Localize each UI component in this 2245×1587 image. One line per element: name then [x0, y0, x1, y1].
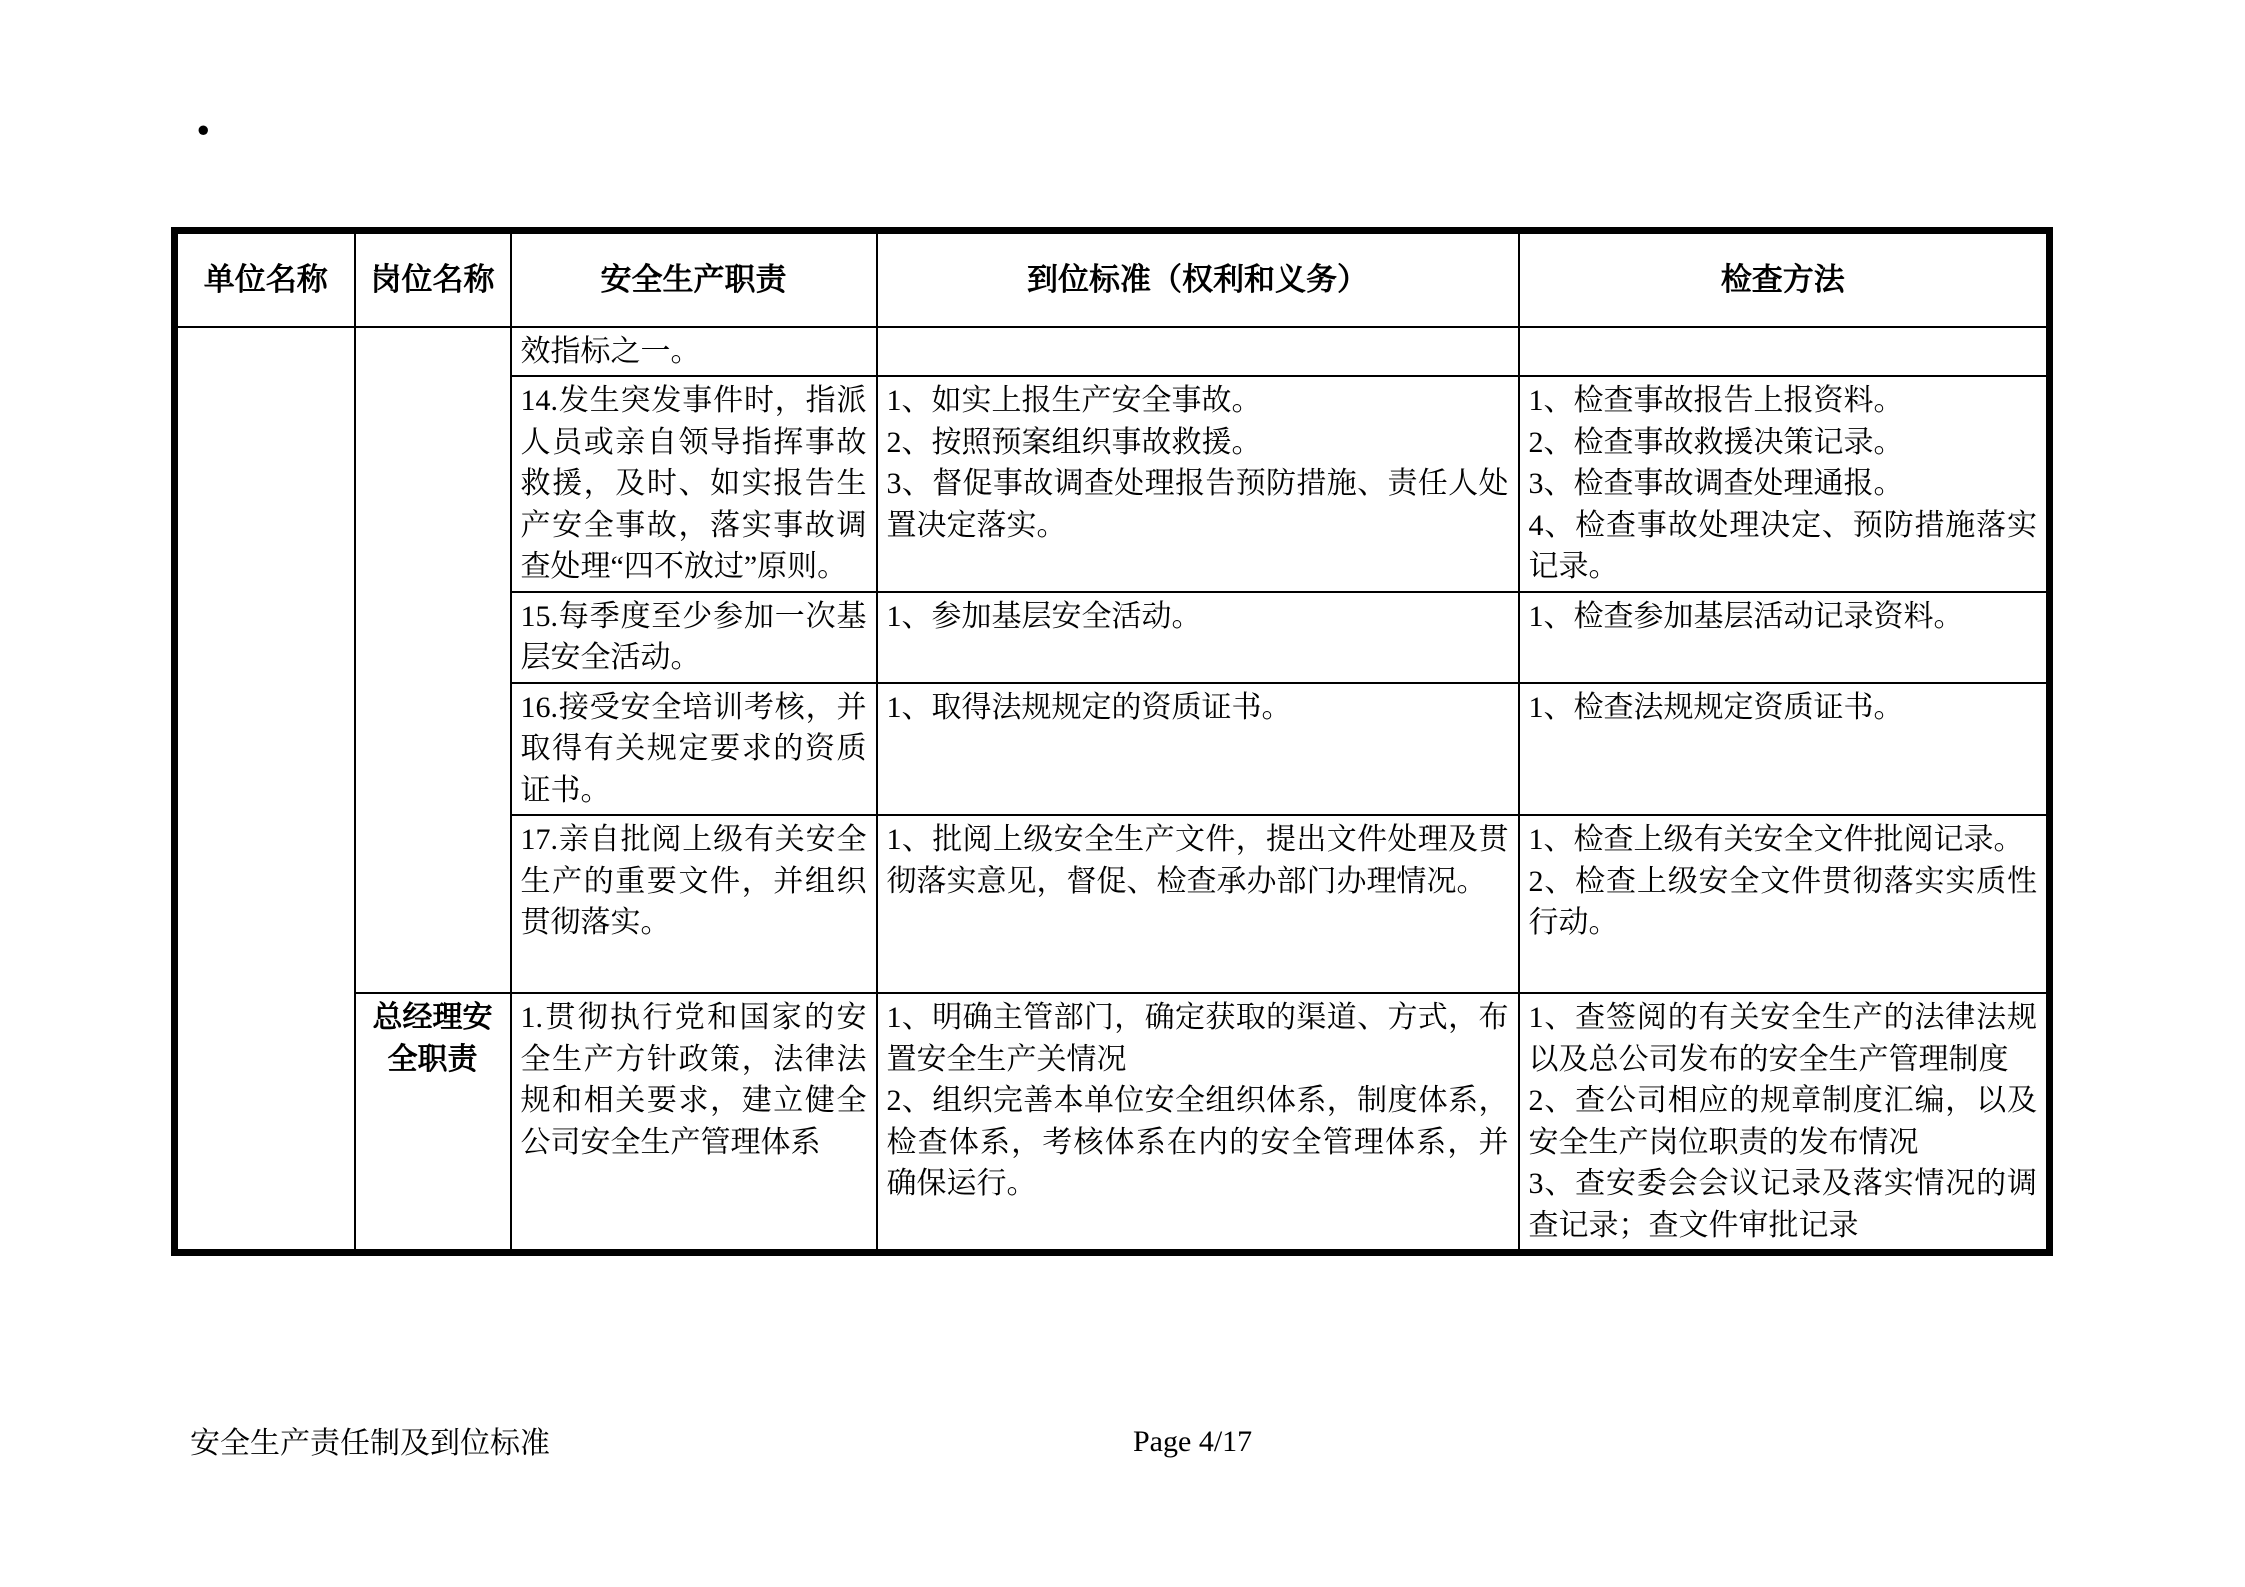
- header-unit-name: 单位名称: [175, 231, 355, 327]
- cell-duty-general-manager: 1.贯彻执行党和国家的安全生产方针政策，法律法规和相关要求，建立健全公司安全生产…: [511, 993, 877, 1253]
- table-row-general-manager: 总经理安全职责 1.贯彻执行党和国家的安全生产方针政策，法律法规和相关要求，建立…: [175, 993, 2050, 1253]
- header-check-method: 检查方法: [1519, 231, 2050, 327]
- cell-standard-15: 1、参加基层安全活动。: [877, 592, 1519, 683]
- cell-method-general-manager: 1、查签阅的有关安全生产的法律法规以及总公司发布的安全生产管理制度 2、查公司相…: [1519, 993, 2050, 1253]
- responsibility-table: 单位名称 岗位名称 安全生产职责 到位标准（权利和义务） 检查方法 效指标之一。…: [171, 227, 2053, 1256]
- cell-method-carryover: [1519, 327, 2050, 377]
- cell-unit-name-merged: [175, 327, 355, 1253]
- cell-standard-carryover: [877, 327, 1519, 377]
- footer-page-number: Page 4/17: [1133, 1422, 1252, 1462]
- cell-duty-17: 17.亲自批阅上级有关安全生产的重要文件，并组织贯彻落实。: [511, 815, 877, 993]
- cell-duty-16: 16.接受安全培训考核，并取得有关规定要求的资质证书。: [511, 683, 877, 816]
- cell-standard-16: 1、取得法规规定的资质证书。: [877, 683, 1519, 816]
- cell-method-15: 1、检查参加基层活动记录资料。: [1519, 592, 2050, 683]
- cell-method-16: 1、检查法规规定资质证书。: [1519, 683, 2050, 816]
- table-header-row: 单位名称 岗位名称 安全生产职责 到位标准（权利和义务） 检查方法: [175, 231, 2050, 327]
- cell-standard-general-manager: 1、明确主管部门，确定获取的渠道、方式，布置安全生产关情况 2、组织完善本单位安…: [877, 993, 1519, 1253]
- footer-doc-title: 安全生产责任制及到位标准: [190, 1424, 550, 1464]
- cell-position-merged: [355, 327, 511, 994]
- cell-method-17: 1、检查上级有关安全文件批阅记录。 2、检查上级安全文件贯彻落实实质性行动。: [1519, 815, 2050, 993]
- table-row-carryover: 效指标之一。: [175, 327, 2050, 377]
- document-page: . 单位名称 岗位名称 安全生产职责 到位标准（权利和义务） 检查方法 效指标之…: [0, 0, 2245, 1587]
- header-safety-duty: 安全生产职责: [511, 231, 877, 327]
- header-standard: 到位标准（权利和义务）: [877, 231, 1519, 327]
- header-position-name: 岗位名称: [355, 231, 511, 327]
- cell-duty-14: 14.发生突发事件时，指派人员或亲自领导指挥事故救援，及时、如实报告生产安全事故…: [511, 376, 877, 592]
- cell-standard-17: 1、批阅上级安全生产文件，提出文件处理及贯彻落实意见，督促、检查承办部门办理情况…: [877, 815, 1519, 993]
- cell-standard-14: 1、如实上报生产安全事故。 2、按照预案组织事故救援。 3、督促事故调查处理报告…: [877, 376, 1519, 592]
- stray-period: .: [196, 86, 211, 144]
- cell-position-general-manager: 总经理安全职责: [355, 993, 511, 1253]
- cell-duty-15: 15.每季度至少参加一次基层安全活动。: [511, 592, 877, 683]
- cell-duty-carryover: 效指标之一。: [511, 327, 877, 377]
- cell-method-14: 1、检查事故报告上报资料。 2、检查事故救援决策记录。 3、检查事故调查处理通报…: [1519, 376, 2050, 592]
